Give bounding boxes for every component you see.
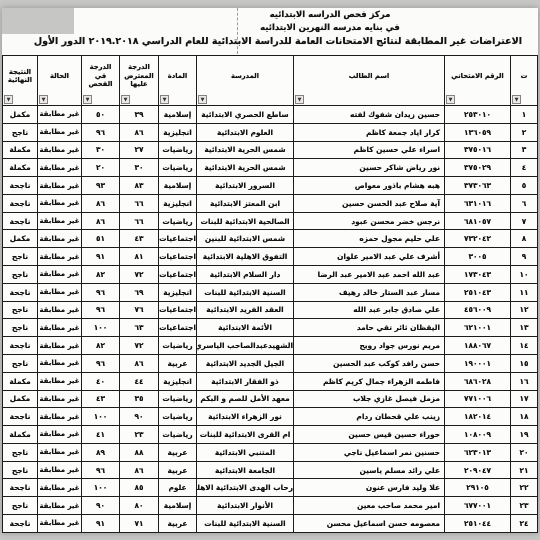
cell-exam_no: ٣٧٥٠١٦ bbox=[445, 141, 511, 159]
cell-status: غير مطابقة bbox=[38, 194, 82, 212]
cell-recheck_grade: ٩٦ bbox=[82, 283, 120, 301]
cell-exam_no: ٢٩١٠٥ bbox=[445, 479, 511, 497]
cell-name: نرجس خضر محسن عبود bbox=[294, 212, 445, 230]
cell-school: ابن المعتز الابتدائية bbox=[197, 194, 294, 212]
table-row: ١٠١٧٣٠٤٣عبد الله احمد عبد الامير عبد الر… bbox=[3, 266, 538, 284]
cell-name: علا وليد فارس عنون bbox=[294, 479, 445, 497]
cell-contested_grade: ٣٩ bbox=[120, 106, 159, 124]
cell-contested_grade: ٨٠ bbox=[120, 497, 159, 515]
cell-recheck_grade: ١٠٠ bbox=[82, 319, 120, 337]
cell-school: العقد الفريد الابتدائية bbox=[197, 301, 294, 319]
cell-school: المتنبي الابتدائية bbox=[197, 443, 294, 461]
cell-no: ١٦ bbox=[511, 372, 538, 390]
cell-recheck_grade: ٩٦ bbox=[82, 461, 120, 479]
cell-recheck_grade: ١٠٠ bbox=[82, 408, 120, 426]
cell-school: الشهيدعبدالصاحب الياسري bbox=[197, 337, 294, 355]
table-row: ١٤١٨٨٠٦٧مريم نورس جواد رويحالشهيدعبدالصا… bbox=[3, 337, 538, 355]
column-header-subject: المادة▼ bbox=[159, 56, 197, 106]
cell-no: ١٨ bbox=[511, 408, 538, 426]
cell-no: ١١ bbox=[511, 283, 538, 301]
cell-recheck_grade: ١٠٠ bbox=[82, 479, 120, 497]
column-label-no: ت bbox=[521, 72, 528, 80]
cell-contested_grade: ٢٣ bbox=[120, 426, 159, 444]
cell-recheck_grade: ٢٠ bbox=[82, 159, 120, 177]
cell-contested_grade: ٧٢ bbox=[120, 266, 159, 284]
table-body: ١٢٥٣٠١٠حسين زيدان شفوك لفتهساطع الحصري ا… bbox=[3, 106, 538, 533]
cell-exam_no: ٧٧١٠٠٦ bbox=[445, 390, 511, 408]
cell-status: غير مطابقة bbox=[38, 248, 82, 266]
cell-subject: إسلامية bbox=[159, 106, 197, 124]
cell-contested_grade: ٢٧ bbox=[120, 141, 159, 159]
cell-no: ١٠ bbox=[511, 266, 538, 284]
cell-result: ناجح bbox=[3, 461, 38, 479]
table-row: ٣٣٧٥٠١٦اسراء علي حسين كاظمشمس الحرية الا… bbox=[3, 141, 538, 159]
cell-no: ١٢ bbox=[511, 301, 538, 319]
cell-no: ٢١ bbox=[511, 461, 538, 479]
cell-no: ٥ bbox=[511, 177, 538, 195]
cell-name: علي حليم مجول حمزه bbox=[294, 230, 445, 248]
column-header-recheck_grade: الدرجة في الفحص▼ bbox=[82, 56, 120, 106]
table-row: ٤٣٧٥٠٢٩نور رياض شاكر حسينشمس الحرية الاب… bbox=[3, 159, 538, 177]
cell-name: مزمل فيصل غازي جلاب bbox=[294, 390, 445, 408]
table-row: ٢١٣٦٠٥٩كرار اياد جمعة كاظمالعلوم الابتدا… bbox=[3, 123, 538, 141]
cell-subject: رياضيات bbox=[159, 159, 197, 177]
table-row: ٢١٢٠٩٠٤٧علي رائد مسلم ياسينالجامعة الابت… bbox=[3, 461, 538, 479]
cell-school: السنية الابتدائية للبنات bbox=[197, 283, 294, 301]
cell-subject: عربية bbox=[159, 461, 197, 479]
cell-school: السرور الابتدائية bbox=[197, 177, 294, 195]
table-row: ٢٣٦٧٧٠٠١امير محمد صاحب معينالأنوار الابت… bbox=[3, 497, 538, 515]
cell-school: الأئمة الابتدائية bbox=[197, 319, 294, 337]
cell-contested_grade: ٦٣ bbox=[120, 319, 159, 337]
cell-recheck_grade: ٥٠ bbox=[82, 106, 120, 124]
table-row: ٢٤٢٥١٠٤٤معصومه حسن اسماعيل محسنالسنية ال… bbox=[3, 514, 538, 532]
cell-subject: اجتماعيات bbox=[159, 230, 197, 248]
cell-recheck_grade: ٥١ bbox=[82, 230, 120, 248]
cell-no: ١ bbox=[511, 106, 538, 124]
cell-no: ٢ bbox=[511, 123, 538, 141]
table-row: ٦٦٣١٠١٦آية صلاح عبد الحسن حسينابن المعتز… bbox=[3, 194, 538, 212]
cell-result: ناجح bbox=[3, 266, 38, 284]
cell-no: ٢٣ bbox=[511, 497, 538, 515]
cell-school: العلوم الابتدائية bbox=[197, 123, 294, 141]
column-label-exam_no: الرقم الامتحاني bbox=[451, 72, 504, 80]
cell-result: ناجح bbox=[3, 248, 38, 266]
cell-contested_grade: ٨٨ bbox=[120, 443, 159, 461]
cell-name: هبه هشام باذور معواص bbox=[294, 177, 445, 195]
cell-status: غير مطابقة bbox=[38, 319, 82, 337]
cell-status: غير مطابقة bbox=[38, 212, 82, 230]
cell-subject: عربية bbox=[159, 354, 197, 372]
cell-result: ناجحة bbox=[3, 479, 38, 497]
cell-result: ناجحة bbox=[3, 177, 38, 195]
cell-exam_no: ٦٣١٠١٦ bbox=[445, 194, 511, 212]
cell-contested_grade: ٤٣ bbox=[120, 230, 159, 248]
cell-contested_grade: ٣٠ bbox=[120, 159, 159, 177]
cell-status: غير مطابقة bbox=[38, 372, 82, 390]
cell-no: ١٣ bbox=[511, 319, 538, 337]
filter-dropdown-icon-recheck_grade[interactable]: ▼ bbox=[83, 95, 92, 104]
cell-name: اليقظان ثائر تقي حامد bbox=[294, 319, 445, 337]
filter-dropdown-icon-name[interactable]: ▼ bbox=[295, 95, 304, 104]
table-row: ٢٢٢٩١٠٥علا وليد فارس عنونرحاب الهدى الاب… bbox=[3, 479, 538, 497]
cell-exam_no: ١٨٨٠٦٧ bbox=[445, 337, 511, 355]
filter-dropdown-icon-status[interactable]: ▼ bbox=[39, 95, 48, 104]
table-row: ٩٣٠٠٥أشرف علي عبد الامير علوانالتفوق الا… bbox=[3, 248, 538, 266]
cell-result: مكمل bbox=[3, 106, 38, 124]
cell-no: ١٧ bbox=[511, 390, 538, 408]
cell-result: مكملة bbox=[3, 426, 38, 444]
cell-recheck_grade: ٨٢ bbox=[82, 266, 120, 284]
cell-no: ٦ bbox=[511, 194, 538, 212]
filter-dropdown-icon-exam_no[interactable]: ▼ bbox=[446, 95, 455, 104]
cell-result: ناجحة bbox=[3, 283, 38, 301]
filter-dropdown-icon-result[interactable]: ▼ bbox=[4, 95, 13, 104]
column-header-school: المدرسة▼ bbox=[197, 56, 294, 106]
cell-name: اسراء علي حسين كاظم bbox=[294, 141, 445, 159]
cell-exam_no: ٤٥٦٠٠٩ bbox=[445, 301, 511, 319]
cell-result: مكملة bbox=[3, 159, 38, 177]
cell-no: ١٥ bbox=[511, 354, 538, 372]
column-label-status: الحالة bbox=[50, 72, 69, 80]
cell-no: ١٤ bbox=[511, 337, 538, 355]
table-row: ٢٠٦٢٣٠١٣حسنين نمر اسماعيل ناجيالمتنبي ال… bbox=[3, 443, 538, 461]
cell-school: الجامعة الابتدائية bbox=[197, 461, 294, 479]
cell-recheck_grade: ٩١ bbox=[82, 514, 120, 532]
cell-result: مكمل bbox=[3, 230, 38, 248]
cell-result: مكملة bbox=[3, 141, 38, 159]
cell-subject: رياضيات bbox=[159, 337, 197, 355]
cell-exam_no: ١٧٣٠٤٣ bbox=[445, 266, 511, 284]
cell-name: آية صلاح عبد الحسن حسين bbox=[294, 194, 445, 212]
cell-status: غير مطابقة bbox=[38, 390, 82, 408]
cell-status: غير مطابقة bbox=[38, 408, 82, 426]
cell-subject: اجتماعيات bbox=[159, 248, 197, 266]
table-row: ٨٧٣٢٠٤٢علي حليم مجول حمزهشمس الابتدائية … bbox=[3, 230, 538, 248]
cell-recheck_grade: ٩٣ bbox=[82, 177, 120, 195]
cell-subject: انجليزية bbox=[159, 283, 197, 301]
filter-dropdown-icon-no[interactable]: ▼ bbox=[512, 95, 521, 104]
title-line-2: في بنايه مدرسه النهرين الابتدائيه bbox=[180, 22, 480, 35]
cell-subject: إسلامية bbox=[159, 497, 197, 515]
cell-status: غير مطابقة bbox=[38, 283, 82, 301]
cell-recheck_grade: ٩٦ bbox=[82, 354, 120, 372]
cell-status: غير مطابقة bbox=[38, 337, 82, 355]
cell-school: دار السلام الابتدائية bbox=[197, 266, 294, 284]
cell-name: معصومه حسن اسماعيل محسن bbox=[294, 514, 445, 532]
cell-exam_no: ٢٠٩٠٤٧ bbox=[445, 461, 511, 479]
filter-dropdown-icon-school[interactable]: ▼ bbox=[198, 95, 207, 104]
cell-result: مكملة bbox=[3, 372, 38, 390]
cell-recheck_grade: ٩٦ bbox=[82, 301, 120, 319]
cell-recheck_grade: ٣٠ bbox=[82, 141, 120, 159]
cell-recheck_grade: ٨٢ bbox=[82, 337, 120, 355]
cell-school: نور الزهراء الابتدائية bbox=[197, 408, 294, 426]
cell-no: ٧ bbox=[511, 212, 538, 230]
cell-subject: اجتماعيات bbox=[159, 301, 197, 319]
cell-status: غير مطابقة bbox=[38, 354, 82, 372]
cell-school: التفوق الاهلية الابتدائية bbox=[197, 248, 294, 266]
cell-no: ٢٠ bbox=[511, 443, 538, 461]
objections-table: ت▼الرقم الامتحاني▼اسم الطالب▼المدرسة▼الم… bbox=[2, 55, 538, 533]
cell-name: كرار اياد جمعة كاظم bbox=[294, 123, 445, 141]
cell-contested_grade: ٨٣ bbox=[120, 177, 159, 195]
cell-recheck_grade: ٤٣ bbox=[82, 390, 120, 408]
cell-status: غير مطابقة bbox=[38, 514, 82, 532]
cell-status: غير مطابقة bbox=[38, 177, 82, 195]
column-label-recheck_grade: الدرجة في الفحص bbox=[89, 63, 113, 88]
table-row: ١١٢٥١٠٤٣مسار عبد الستار خالد رهيفالسنية … bbox=[3, 283, 538, 301]
cell-result: ناجحة bbox=[3, 212, 38, 230]
cell-name: حسين زيدان شفوك لفته bbox=[294, 106, 445, 124]
cell-exam_no: ٦٨٦٠٢٨ bbox=[445, 372, 511, 390]
cell-contested_grade: ٤٤ bbox=[120, 372, 159, 390]
cell-result: ناجحة bbox=[3, 194, 38, 212]
cell-name: نور رياض شاكر حسين bbox=[294, 159, 445, 177]
cell-subject: عربية bbox=[159, 443, 197, 461]
cell-exam_no: ٢٥٣٠١٠ bbox=[445, 106, 511, 124]
column-label-subject: المادة bbox=[168, 72, 188, 80]
cell-contested_grade: ٨١ bbox=[120, 248, 159, 266]
cell-no: ٨ bbox=[511, 230, 538, 248]
cell-status: غير مطابقة bbox=[38, 141, 82, 159]
cell-recheck_grade: ٩١ bbox=[82, 248, 120, 266]
cell-school: شمس الحرية الابتدائية bbox=[197, 159, 294, 177]
cell-school: الجيل الجديد الابتدائية bbox=[197, 354, 294, 372]
column-label-school: المدرسة bbox=[231, 72, 259, 80]
cell-subject: عربية bbox=[159, 514, 197, 532]
cell-exam_no: ١٠٨٠٠٩ bbox=[445, 426, 511, 444]
cell-subject: انجليزية bbox=[159, 372, 197, 390]
cell-subject: انجليزية bbox=[159, 194, 197, 212]
column-header-status: الحالة▼ bbox=[38, 56, 82, 106]
table-row: ١٩١٠٨٠٠٩حوراء حسين قيس حسينام القرى الاب… bbox=[3, 426, 538, 444]
column-header-no: ت▼ bbox=[511, 56, 538, 106]
cell-status: غير مطابقة bbox=[38, 443, 82, 461]
cell-status: غير مطابقة bbox=[38, 123, 82, 141]
cell-exam_no: ٦٨١٠٥٧ bbox=[445, 212, 511, 230]
cell-status: غير مطابقة bbox=[38, 266, 82, 284]
cell-contested_grade: ٧٢ bbox=[120, 337, 159, 355]
cell-exam_no: ٦٢٣٠١٣ bbox=[445, 443, 511, 461]
cell-status: غير مطابقة bbox=[38, 230, 82, 248]
cell-name: أشرف علي عبد الامير علوان bbox=[294, 248, 445, 266]
cell-subject: علوم bbox=[159, 479, 197, 497]
cell-contested_grade: ٩٠ bbox=[120, 408, 159, 426]
cell-contested_grade: ٧٦ bbox=[120, 301, 159, 319]
cell-status: غير مطابقة bbox=[38, 497, 82, 515]
cell-school: ذو الفقار الابتدائية bbox=[197, 372, 294, 390]
cell-recheck_grade: ٩٦ bbox=[82, 123, 120, 141]
cell-subject: رياضيات bbox=[159, 212, 197, 230]
cell-school: ساطع الحصري الابتدائية bbox=[197, 106, 294, 124]
table-row: ٧٦٨١٠٥٧نرجس خضر محسن عبودالصالحية الابتد… bbox=[3, 212, 538, 230]
cell-recheck_grade: ٨٩ bbox=[82, 443, 120, 461]
cell-recheck_grade: ٤١ bbox=[82, 426, 120, 444]
cell-school: ام القرى الابتدائية للبنات bbox=[197, 426, 294, 444]
cell-result: ناجح bbox=[3, 354, 38, 372]
title-line-3: الاعتراضات غير المطابقة لنتائج الامتحانا… bbox=[6, 36, 522, 47]
cell-no: ٩ bbox=[511, 248, 538, 266]
table-row: ١٣٦٢١٠٠١اليقظان ثائر تقي حامدالأئمة الاب… bbox=[3, 319, 538, 337]
cell-status: غير مطابقة bbox=[38, 159, 82, 177]
cell-exam_no: ٦٢١٠٠١ bbox=[445, 319, 511, 337]
cell-name: عبد الله احمد عبد الامير عبد الرضا bbox=[294, 266, 445, 284]
cell-name: علي رائد مسلم ياسين bbox=[294, 461, 445, 479]
table-row: ١٥١٩٠٠٠١حسن رافد كوكب عبد الحسينالجيل ال… bbox=[3, 354, 538, 372]
cell-exam_no: ١٨٢٠١٤ bbox=[445, 408, 511, 426]
cell-result: ناجح bbox=[3, 443, 38, 461]
cell-school: شمس الابتدائية للبنين bbox=[197, 230, 294, 248]
cell-name: مسار عبد الستار خالد رهيف bbox=[294, 283, 445, 301]
cell-name: مريم نورس جواد رويح bbox=[294, 337, 445, 355]
cell-result: ناجحة bbox=[3, 337, 38, 355]
column-header-result: النتيجة النهائية▼ bbox=[3, 56, 38, 106]
column-header-contested_grade: الدرجة المعترض عليها▼ bbox=[120, 56, 159, 106]
photo-background: { "document": { "title_line1": "مركز فحص… bbox=[0, 0, 540, 540]
cell-recheck_grade: ٨٦ bbox=[82, 194, 120, 212]
cell-result: ناجحة bbox=[3, 408, 38, 426]
cell-contested_grade: ٨٦ bbox=[120, 123, 159, 141]
cell-recheck_grade: ٨٦ bbox=[82, 212, 120, 230]
cell-no: ٤ bbox=[511, 159, 538, 177]
photo-corner bbox=[2, 8, 74, 34]
cell-subject: رياضيات bbox=[159, 408, 197, 426]
cell-school: رحاب الهدى الابتدائية الاهلية bbox=[197, 479, 294, 497]
cell-result: ناجح bbox=[3, 319, 38, 337]
cell-contested_grade: ٣٥ bbox=[120, 390, 159, 408]
cell-result: ناجح bbox=[3, 301, 38, 319]
cell-name: حوراء حسين قيس حسين bbox=[294, 426, 445, 444]
cell-status: غير مطابقة bbox=[38, 106, 82, 124]
cell-subject: إسلامية bbox=[159, 177, 197, 195]
cell-subject: رياضيات bbox=[159, 141, 197, 159]
cell-result: ناجح bbox=[3, 497, 38, 515]
cell-name: امير محمد صاحب معين bbox=[294, 497, 445, 515]
cell-status: غير مطابقة bbox=[38, 301, 82, 319]
title-line-1: مركز فحص الدراسه الابتدائيه bbox=[180, 9, 480, 22]
cell-result: مكمل bbox=[3, 390, 38, 408]
cell-result: ناجح bbox=[3, 123, 38, 141]
cell-exam_no: ٣٧٥٠٢٩ bbox=[445, 159, 511, 177]
cell-school: الصالحية الابتدائية للبنات bbox=[197, 212, 294, 230]
cell-exam_no: ٢٥١٠٤٣ bbox=[445, 283, 511, 301]
cell-no: ٢٢ bbox=[511, 479, 538, 497]
cell-no: ١٩ bbox=[511, 426, 538, 444]
document-header: مركز فحص الدراسه الابتدائيه في بنايه مدر… bbox=[180, 9, 480, 34]
column-header-exam_no: الرقم الامتحاني▼ bbox=[445, 56, 511, 106]
cell-exam_no: ٣٧٣٠٦٣ bbox=[445, 177, 511, 195]
cell-contested_grade: ٨٦ bbox=[120, 461, 159, 479]
cell-school: الأنوار الابتدائية bbox=[197, 497, 294, 515]
column-header-name: اسم الطالب▼ bbox=[294, 56, 445, 106]
cell-exam_no: ٦٧٧٠٠١ bbox=[445, 497, 511, 515]
cell-subject: اجتماعيات bbox=[159, 266, 197, 284]
table-row: ١٢٤٥٦٠٠٩علي صادق جابر عبد اللهالعقد الفر… bbox=[3, 301, 538, 319]
cell-status: غير مطابقة bbox=[38, 426, 82, 444]
cell-recheck_grade: ٤٠ bbox=[82, 372, 120, 390]
cell-subject: اجتماعيات bbox=[159, 319, 197, 337]
cell-name: زينب علي قحطان ردام bbox=[294, 408, 445, 426]
cell-name: فاطمه الزهراء جمال كريم كاظم bbox=[294, 372, 445, 390]
table-row: ١٦٦٨٦٠٢٨فاطمه الزهراء جمال كريم كاظمذو ا… bbox=[3, 372, 538, 390]
cell-exam_no: ٢٥١٠٤٤ bbox=[445, 514, 511, 532]
table-header: ت▼الرقم الامتحاني▼اسم الطالب▼المدرسة▼الم… bbox=[3, 56, 538, 106]
cell-name: حسنين نمر اسماعيل ناجي bbox=[294, 443, 445, 461]
cell-recheck_grade: ٩٠ bbox=[82, 497, 120, 515]
cell-contested_grade: ٨٦ bbox=[120, 354, 159, 372]
cell-name: حسن رافد كوكب عبد الحسين bbox=[294, 354, 445, 372]
cell-subject: انجليزية bbox=[159, 123, 197, 141]
cell-contested_grade: ٦٦ bbox=[120, 212, 159, 230]
cell-school: السنية الابتدائية للبنات bbox=[197, 514, 294, 532]
table-row: ١٨١٨٢٠١٤زينب علي قحطان ردامنور الزهراء ا… bbox=[3, 408, 538, 426]
cell-no: ٣ bbox=[511, 141, 538, 159]
cell-contested_grade: ٦٦ bbox=[120, 194, 159, 212]
cell-exam_no: ٧٣٢٠٤٢ bbox=[445, 230, 511, 248]
cell-school: شمس الحرية الابتدائية bbox=[197, 141, 294, 159]
column-label-result: النتيجة النهائية bbox=[8, 68, 32, 85]
cell-school: معهد الأمل للصم و البكم bbox=[197, 390, 294, 408]
cell-contested_grade: ٧١ bbox=[120, 514, 159, 532]
column-label-name: اسم الطالب bbox=[349, 72, 390, 80]
cell-no: ٢٤ bbox=[511, 514, 538, 532]
cell-exam_no: ١٩٠٠٠١ bbox=[445, 354, 511, 372]
table-row: ٥٣٧٣٠٦٣هبه هشام باذور معواصالسرور الابتد… bbox=[3, 177, 538, 195]
cell-contested_grade: ٨٥ bbox=[120, 479, 159, 497]
cell-name: علي صادق جابر عبد الله bbox=[294, 301, 445, 319]
cell-status: غير مطابقة bbox=[38, 479, 82, 497]
cell-contested_grade: ٦٩ bbox=[120, 283, 159, 301]
column-label-contested_grade: الدرجة المعترض عليها bbox=[124, 63, 153, 88]
header-row: ت▼الرقم الامتحاني▼اسم الطالب▼المدرسة▼الم… bbox=[3, 56, 538, 106]
cell-status: غير مطابقة bbox=[38, 461, 82, 479]
cell-result: ناجحة bbox=[3, 514, 38, 532]
sheet: مركز فحص الدراسه الابتدائيه في بنايه مدر… bbox=[2, 8, 538, 533]
filter-dropdown-icon-contested_grade[interactable]: ▼ bbox=[121, 95, 130, 104]
cell-subject: رياضيات bbox=[159, 426, 197, 444]
table-row: ١٢٥٣٠١٠حسين زيدان شفوك لفتهساطع الحصري ا… bbox=[3, 106, 538, 124]
filter-dropdown-icon-subject[interactable]: ▼ bbox=[160, 95, 169, 104]
cell-exam_no: ٣٠٠٥ bbox=[445, 248, 511, 266]
cell-subject: رياضيات bbox=[159, 390, 197, 408]
cell-exam_no: ١٣٦٠٥٩ bbox=[445, 123, 511, 141]
table-row: ١٧٧٧١٠٠٦مزمل فيصل غازي جلابمعهد الأمل لل… bbox=[3, 390, 538, 408]
